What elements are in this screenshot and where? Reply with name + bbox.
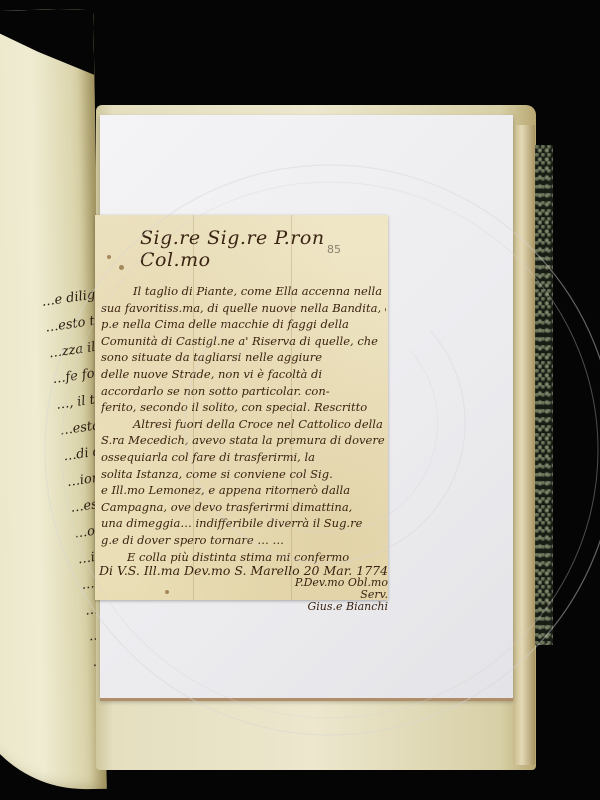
letter-salutation: Sig.re Sig.re P.ron Col.mo [140, 227, 388, 271]
letter-line: Campagna, ove devo trasferirmi dimattina… [101, 499, 386, 516]
scan-scene: …e diligenze …esto taglio, … …zza il min… [0, 0, 600, 800]
folio-number: 85 [327, 243, 341, 256]
marbled-cover-edge [535, 145, 553, 645]
letter-line: accordarlo se non sotto particolar. con- [101, 383, 386, 400]
letter-line: solita Istanza, come si conviene col Sig… [101, 466, 386, 483]
letter-line: sono situate da tagliarsi nelle aggiure [101, 349, 386, 366]
ink-spot [165, 590, 169, 594]
letter-line: p.e nella Cima delle macchie di faggi de… [101, 316, 386, 333]
letter-body: Il taglio di Piante, come Ella accenna n… [101, 283, 386, 565]
letter-line: sua favoritiss.ma, di quelle nuove nella… [101, 300, 386, 317]
signature-line: P.Dev.mo Obl.mo Serv. [293, 577, 388, 601]
letter-line: S.ra Mecedich, avevo stata la premura di… [101, 432, 386, 449]
signature-line: Gius.e Bianchi [293, 601, 388, 613]
letter-line: Altresì fuori della Croce nel Cattolico … [101, 416, 386, 433]
ink-spot [107, 255, 111, 259]
letter-line: ferito, secondo il solito, con special. … [101, 399, 386, 416]
mounted-letter: Sig.re Sig.re P.ron Col.mo 85 Il taglio … [95, 215, 388, 600]
letter-line: g.e di dover spero tornare … … [101, 532, 386, 549]
letter-line: Comunità di Castigl.ne a' Riserva di que… [101, 333, 386, 350]
letter-line: delle nuove Strade, non vi è facoltà di [101, 366, 386, 383]
backing-sheet-edge [100, 698, 513, 701]
letter-line: ossequiarla col fare di trasferirmi, la [101, 449, 386, 466]
letter-signature: P.Dev.mo Obl.mo Serv. Gius.e Bianchi [293, 577, 388, 613]
page-block-edge [513, 125, 535, 765]
letter-line: e Ill.mo Lemonez, e appena ritornerò dal… [101, 482, 386, 499]
letter-line: Il taglio di Piante, come Ella accenna n… [101, 283, 386, 300]
letter-line: una dimeggia… indifferibile diverrà il S… [101, 515, 386, 532]
ink-spot [119, 265, 124, 270]
